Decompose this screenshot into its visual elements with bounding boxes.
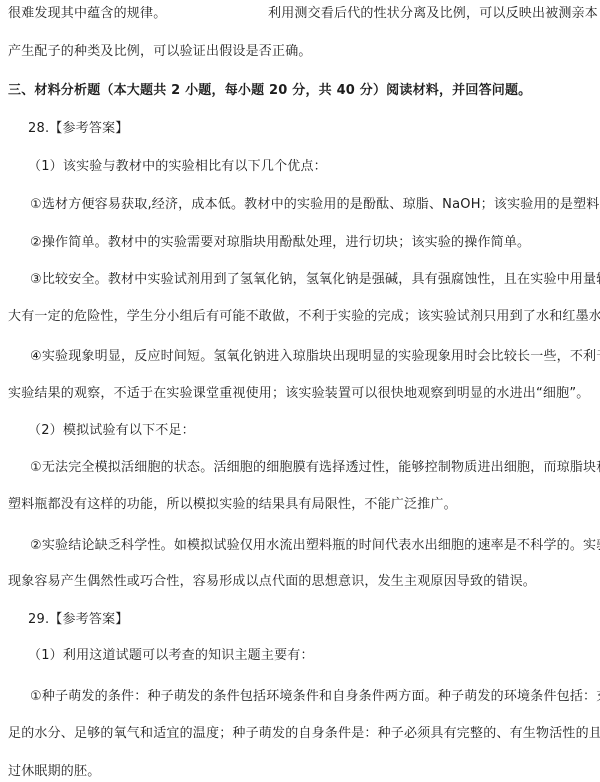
answer-29-part1-intro: （1）利用这道试题可以考查的知识主题主要有： [28,649,314,663]
answer-28-advantage-4-line-2: 实验结果的观察，不适于在实验课堂重视使用；该实验装置可以很快地观察到明显的水进出… [8,387,589,401]
document-page: 很难发现其中蕴含的规律。 利用测交看后代的性状分离及比例，可以反映出被测亲本 产… [0,0,600,782]
answer-28-advantage-4-line-1: ④实验现象明显，反应时间短。氢氧化钠进入琼脂块出现明显的实验现象用时会比较长一些… [30,350,600,364]
answer-28-deficiency-2-line-2: 现象容易产生偶然性或巧合性，容易形成以点代面的思想意识，发生主观原因导致的错误。 [8,575,536,589]
intro-line-1: 很难发现其中蕴含的规律。 利用测交看后代的性状分离及比例，可以反映出被测亲本 [8,7,166,21]
section-heading: 三、材料分析题（本大题共 2 小题，每小题 20 分，共 40 分）阅读材料，并… [8,84,531,98]
answer-28-advantage-2: ②操作简单。教材中的实验需要对琼脂块用酚酞处理，进行切块；该实验的操作简单。 [30,236,530,250]
answer-29-topic-1-line-3: 过休眠期的胚。 [8,765,100,779]
answer-29-topic-1-line-2: 足的水分、足够的氧气和适宜的温度；种子萌发的自身条件是：种子必须具有完整的、有生… [8,727,600,741]
answer-28-advantage-3-line-1: ③比较安全。教材中实验试剂用到了氢氧化钠，氢氧化钠是强碱，具有强腐蚀性，且在实验… [30,273,600,287]
answer-28-part1-intro: （1）该实验与教材中的实验相比有以下几个优点： [28,160,327,174]
intro-line-2: 产生配子的种类及比例，可以验证出假设是否正确。 [8,45,312,59]
answer-28-title: 28.【参考答案】 [28,122,128,136]
answer-28-part2-intro: （2）模拟试验有以下不足： [28,424,195,438]
intro-line-1-right: 利用测交看后代的性状分离及比例，可以反映出被测亲本 [268,7,598,21]
answer-29-title: 29.【参考答案】 [28,613,128,627]
answer-28-deficiency-1-line-1: ①无法完全模拟活细胞的状态。活细胞的细胞膜有选择透过性，能够控制物质进出细胞，而… [30,461,600,475]
answer-28-advantage-3-line-2: 大有一定的危险性，学生分小组后有可能不敢做，不利于实验的完成；该实验试剂只用到了… [8,310,600,324]
answer-28-advantage-1: ①选材方便容易获取,经济，成本低。教材中的实验用的是酚酞、琼脂、NaOH；该实验… [30,198,600,212]
intro-line-1-left: 很难发现其中蕴含的规律。 [8,6,166,21]
answer-28-deficiency-1-line-2: 塑料瓶都没有这样的功能，所以模拟实验的结果具有局限性，不能广泛推广。 [8,498,457,512]
answer-29-topic-1-line-1: ①种子萌发的条件：种子萌发的条件包括环境条件和自身条件两方面。种子萌发的环境条件… [30,690,600,704]
answer-28-deficiency-2-line-1: ②实验结论缺乏科学性。如模拟试验仅用水流出塑料瓶的时间代表水出细胞的速率是不科学… [30,539,600,553]
